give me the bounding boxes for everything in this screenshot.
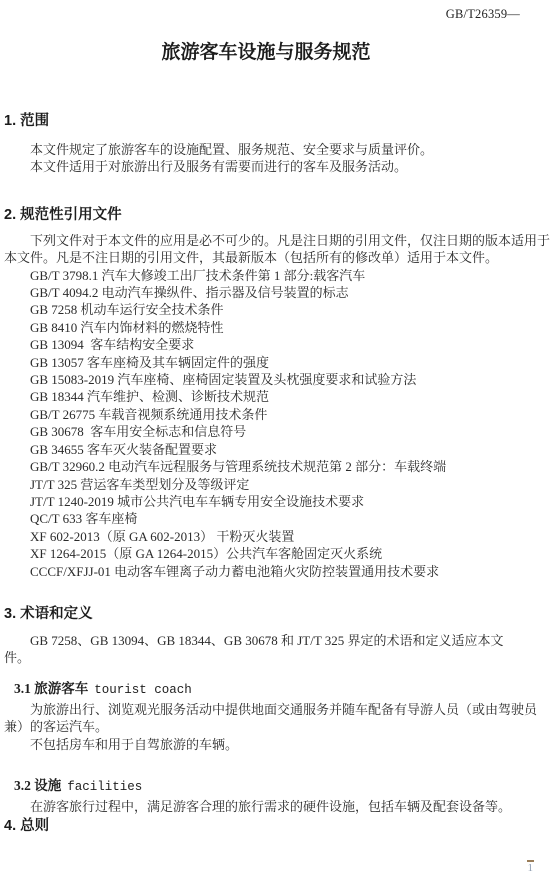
- document-page: GB/T26359— 旅游客车设施与服务规范 1. 范围 本文件规定了旅游客车的…: [0, 7, 550, 877]
- section-3-heading: 3. 术语和定义: [4, 606, 528, 622]
- reference-item: GB 34655 客车灭火装备配置要求: [30, 441, 528, 458]
- scope-paragraph-1: 本文件规定了旅游客车的设施配置、服务规范、安全要求与质量评价。: [4, 141, 528, 158]
- term-3-2-label: 3.2 设施: [14, 778, 61, 793]
- section-2-heading: 2. 规范性引用文件: [4, 207, 528, 223]
- term-3-2-heading: 3.2 设施facilities: [14, 777, 528, 796]
- reference-item: GB 7258 机动车运行安全技术条件: [30, 301, 528, 318]
- section-4-heading: 4. 总则: [4, 818, 528, 834]
- reference-item: GB 13057 客车座椅及其车辆固定件的强度: [30, 354, 528, 371]
- term-3-1-definition-line-2: 兼）的客运汽车。: [4, 718, 528, 735]
- reference-item: JT/T 1240-2019 城市公共汽电车车辆专用安全设施技术要求: [30, 493, 528, 510]
- reference-item: GB/T 26775 车载音视频系统通用技术条件: [30, 406, 528, 423]
- section-1-heading: 1. 范围: [4, 113, 528, 129]
- document-title: 旅游客车设施与服务规范: [4, 42, 528, 64]
- reference-item: GB 15083-2019 汽车座椅、座椅固定装置及头枕强度要求和试验方法: [30, 371, 528, 388]
- reference-item: CCCF/XFJJ-01 电动客车锂离子动力蓄电池箱火灾防控装置通用技术要求: [30, 563, 528, 580]
- term-3-2-definition: 在游客旅行过程中，满足游客合理的旅行需求的硬件设施，包括车辆及配套设备等。: [4, 798, 528, 815]
- term-3-2-english: facilities: [67, 780, 142, 794]
- reference-item: GB/T 3798.1 汽车大修竣工出厂技术条件第 1 部分:载客汽车: [30, 267, 528, 284]
- reference-item: GB 13094 客车结构安全要求: [30, 336, 528, 353]
- reference-item: XF 602-2013（原 GA 602-2013） 干粉灭火装置: [30, 528, 528, 545]
- reference-item: XF 1264-2015（原 GA 1264-2015）公共汽车客舱固定灭火系统: [30, 545, 528, 562]
- reference-item: JT/T 325 营运客车类型划分及等级评定: [30, 476, 528, 493]
- term-3-1-note: 不包括房车和用于自驾旅游的车辆。: [4, 736, 528, 753]
- reference-list: GB/T 3798.1 汽车大修竣工出厂技术条件第 1 部分:载客汽车 GB/T…: [30, 267, 528, 580]
- page-number: 1: [527, 860, 535, 875]
- references-intro-line-2: 本文件。凡是不注日期的引用文件，其最新版本（包括所有的修改单）适用于本文件。: [4, 249, 528, 266]
- reference-item: GB/T 32960.2 电动汽车远程服务与管理系统技术规范第 2 部分：车载终…: [30, 458, 528, 475]
- term-3-1-definition-line-1: 为旅游出行、浏览观光服务活动中提供地面交通服务并随车配备有导游人员（或由驾驶员: [4, 701, 528, 718]
- standard-code: GB/T26359—: [4, 7, 520, 22]
- term-3-1-heading: 3.1 旅游客车tourist coach: [14, 680, 528, 699]
- reference-item: GB 8410 汽车内饰材料的燃烧特性: [30, 319, 528, 336]
- term-3-1-english: tourist coach: [94, 683, 192, 697]
- reference-item: GB 18344 汽车维护、检测、诊断技术规范: [30, 388, 528, 405]
- term-3-1-label: 3.1 旅游客车: [14, 681, 88, 696]
- reference-item: GB/T 4094.2 电动汽车操纵件、指示器及信号装置的标志: [30, 284, 528, 301]
- reference-item: GB 30678 客车用安全标志和信息符号: [30, 423, 528, 440]
- reference-item: QC/T 633 客车座椅: [30, 510, 528, 527]
- scope-paragraph-2: 本文件适用于对旅游出行及服务有需要而进行的客车及服务活动。: [4, 158, 528, 175]
- references-intro-line-1: 下列文件对于本文件的应用是必不可少的。凡是注日期的引用文件，仅注日期的版本适用于: [4, 232, 528, 249]
- terms-intro-paragraph: GB 7258、GB 13094、GB 18344、GB 30678 和 JT/…: [4, 632, 528, 667]
